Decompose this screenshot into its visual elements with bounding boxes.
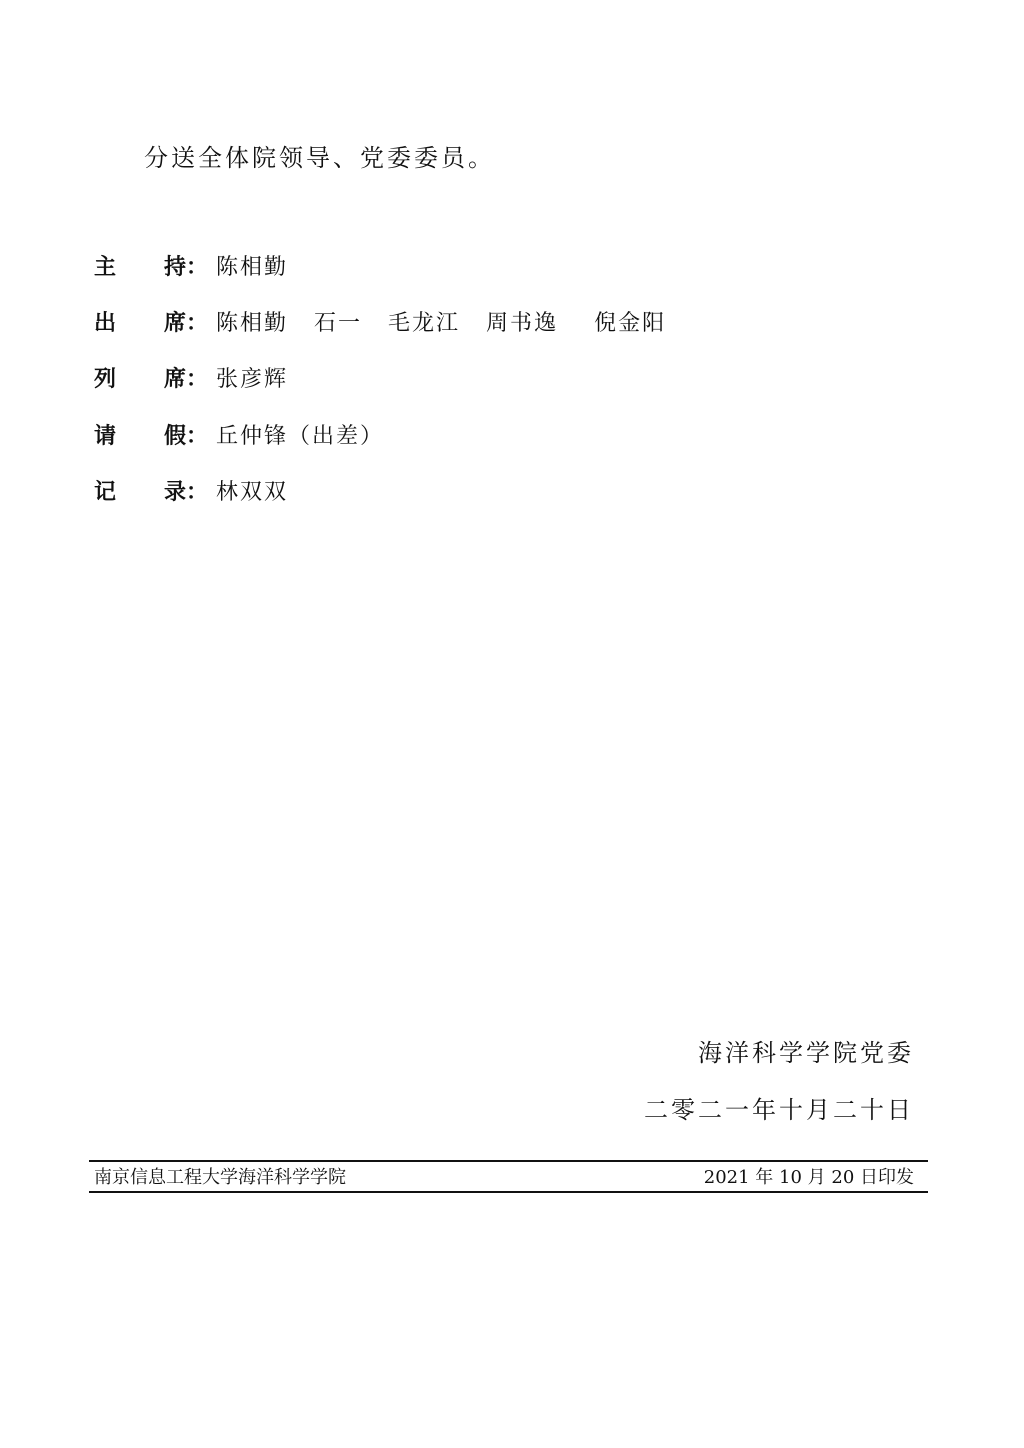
row-label-1: 记	[94, 475, 116, 506]
row-label-2: 持：	[164, 250, 208, 281]
row-names: 陈相勤	[216, 250, 314, 281]
row-names: 林双双	[216, 475, 314, 506]
row-label-2: 录：	[164, 475, 208, 506]
footer-print-date: 2021 年 10 月 20 日印发	[704, 1163, 914, 1189]
row-label-1: 出	[94, 306, 116, 337]
name: 毛龙江	[388, 311, 460, 336]
row-names: 丘仲锋（出差）	[216, 419, 410, 450]
name: 石一	[314, 311, 362, 336]
row-label-1: 列	[94, 362, 116, 393]
name: 林双双	[216, 480, 288, 505]
footer-bottom-rule	[89, 1191, 928, 1193]
name: 丘仲锋（出差）	[216, 424, 384, 449]
distribution-note: 分送全体院领导、党委委员。	[144, 138, 495, 173]
name: 周书逸	[486, 311, 558, 336]
row-label-2: 席：	[164, 362, 208, 393]
signature-date: 二零二一年十月二十日	[644, 1090, 914, 1125]
name: 倪金阳	[594, 311, 666, 336]
name: 张彦辉	[216, 367, 288, 392]
row-names: 陈相勤石一毛龙江周书逸倪金阳	[216, 306, 692, 337]
footer-issuer: 南京信息工程大学海洋科学学院	[94, 1163, 346, 1189]
footer-top-rule	[89, 1160, 928, 1162]
name: 陈相勤	[216, 255, 288, 280]
row-label-2: 假：	[164, 419, 208, 450]
row-label-1: 主	[94, 250, 116, 281]
row-names: 张彦辉	[216, 362, 314, 393]
row-label-2: 席：	[164, 306, 208, 337]
name: 陈相勤	[216, 311, 288, 336]
signature-organization: 海洋科学学院党委	[698, 1033, 914, 1068]
row-label-1: 请	[94, 419, 116, 450]
